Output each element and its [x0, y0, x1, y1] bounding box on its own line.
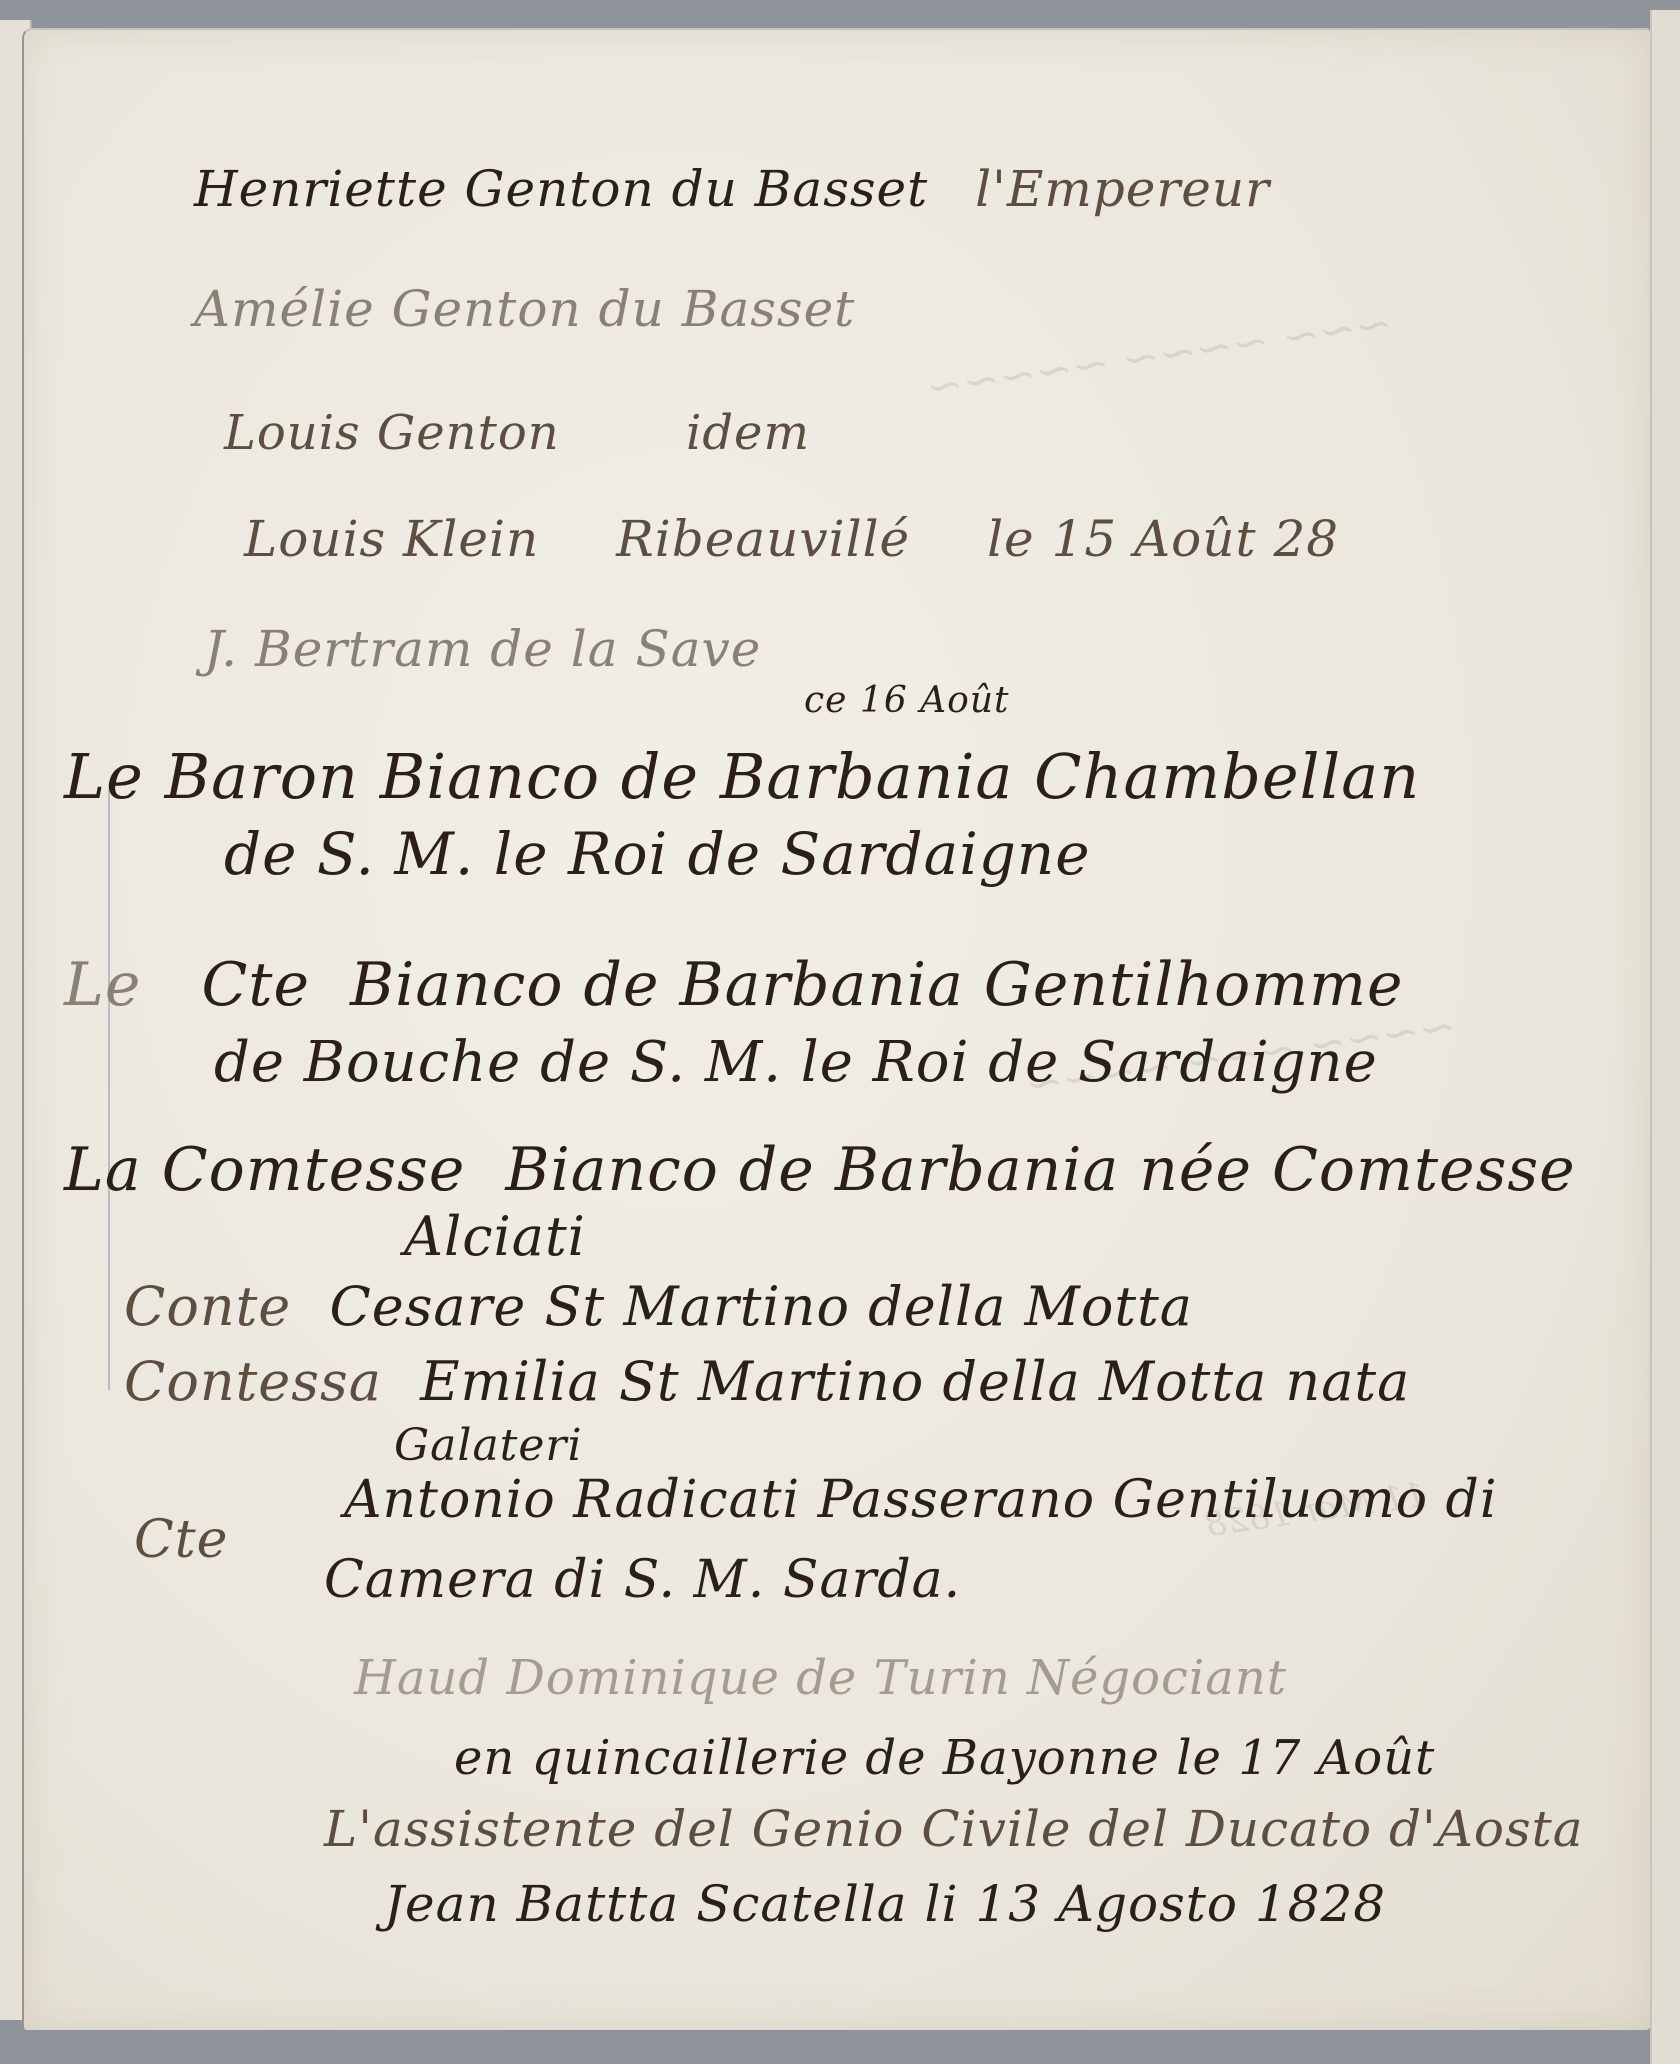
entry-bertram: J. Bertram de la Save [204, 620, 761, 678]
entry-conte-antonio-prefix: Cte [134, 1510, 228, 1570]
entry-date-note: ce 16 Août [804, 680, 1010, 721]
entry-prefix: La Comtesse [64, 1135, 465, 1205]
entry-text: Bianco de Barbania Gentilhomme [350, 950, 1404, 1020]
entry-henriette: Henriette Genton du Basset l'Empereur [194, 160, 1270, 218]
entry-assistente-line1: L'assistente del Genio Civile del Ducato… [324, 1800, 1584, 1858]
entry-annotation: idem [686, 405, 810, 461]
entry-text: Emilia St Martino della Motta nata [420, 1350, 1410, 1413]
entry-contessa-emilia-line2: Galateri [394, 1420, 583, 1471]
entry-assistente-line2: Jean Battta Scatella li 13 Agosto 1828 [384, 1875, 1386, 1933]
entry-text: Cesare St Martino della Motta [329, 1275, 1193, 1338]
entry-louis-genton: Louis Genton idem [224, 405, 810, 461]
entry-conte-antonio-line2: Camera di S. M. Sarda. [324, 1550, 961, 1610]
entry-name: Henriette Genton du Basset [194, 160, 928, 218]
next-page-edge [1650, 10, 1680, 2064]
entry-title: Cte [201, 950, 310, 1020]
entry-contessa-emilia: Contessa Emilia St Martino della Motta n… [124, 1350, 1410, 1413]
entry-comtesse-bianco-line2: Alciati [404, 1205, 586, 1268]
entry-prefix: Contessa [124, 1350, 382, 1413]
entry-date: le 15 Août 28 [987, 510, 1339, 568]
margin-pencil-line [108, 790, 110, 1390]
entry-louis-klein: Louis Klein Ribeauvillé le 15 Août 28 [244, 510, 1339, 568]
manuscript-page: 11 Mar 1828 ~~~ ~~~~ ~~~~~ ~~~~ ~~~ ~~~~… [22, 28, 1650, 2030]
entry-baron-bianco-line2: de S. M. le Roi de Sardaigne [224, 820, 1091, 888]
bleed-through-scribbles: ~~~ ~~~~ ~~~~~ [923, 298, 1396, 414]
entry-name: Louis Genton [224, 405, 560, 461]
entry-comtesse-bianco-line1: La Comtesse Bianco de Barbania née Comte… [64, 1135, 1576, 1205]
entry-amelie: Amélie Genton du Basset [194, 280, 855, 338]
entry-comte-bianco-line2: de Bouche de S. M. le Roi de Sardaigne [214, 1030, 1378, 1095]
entry-prefix: Conte [124, 1275, 291, 1338]
entry-baron-bianco-line1: Le Baron Bianco de Barbania Chambellan [64, 740, 1420, 813]
entry-annotation: l'Empereur [975, 160, 1270, 218]
entry-conte-cesare: Conte Cesare St Martino della Motta [124, 1275, 1193, 1338]
entry-quincaillerie: en quincaillerie de Bayonne le 17 Août [454, 1730, 1435, 1786]
entry-name: Louis Klein [244, 510, 539, 568]
entry-text: Bianco de Barbania née Comtesse [505, 1135, 1575, 1205]
entry-dominique: Haud Dominique de Turin Négociant [354, 1650, 1287, 1706]
entry-place: Ribeauvillé [616, 510, 910, 568]
entry-conte-antonio-line1: Antonio Radicati Passerano Gentiluomo di [344, 1470, 1497, 1530]
entry-comte-bianco-line1: Le Cte Bianco de Barbania Gentilhomme [64, 950, 1404, 1020]
entry-prefix: Le [64, 950, 141, 1020]
manuscript-scan: 11 Mar 1828 ~~~ ~~~~ ~~~~~ ~~~~ ~~~ ~~~~… [0, 0, 1680, 2064]
